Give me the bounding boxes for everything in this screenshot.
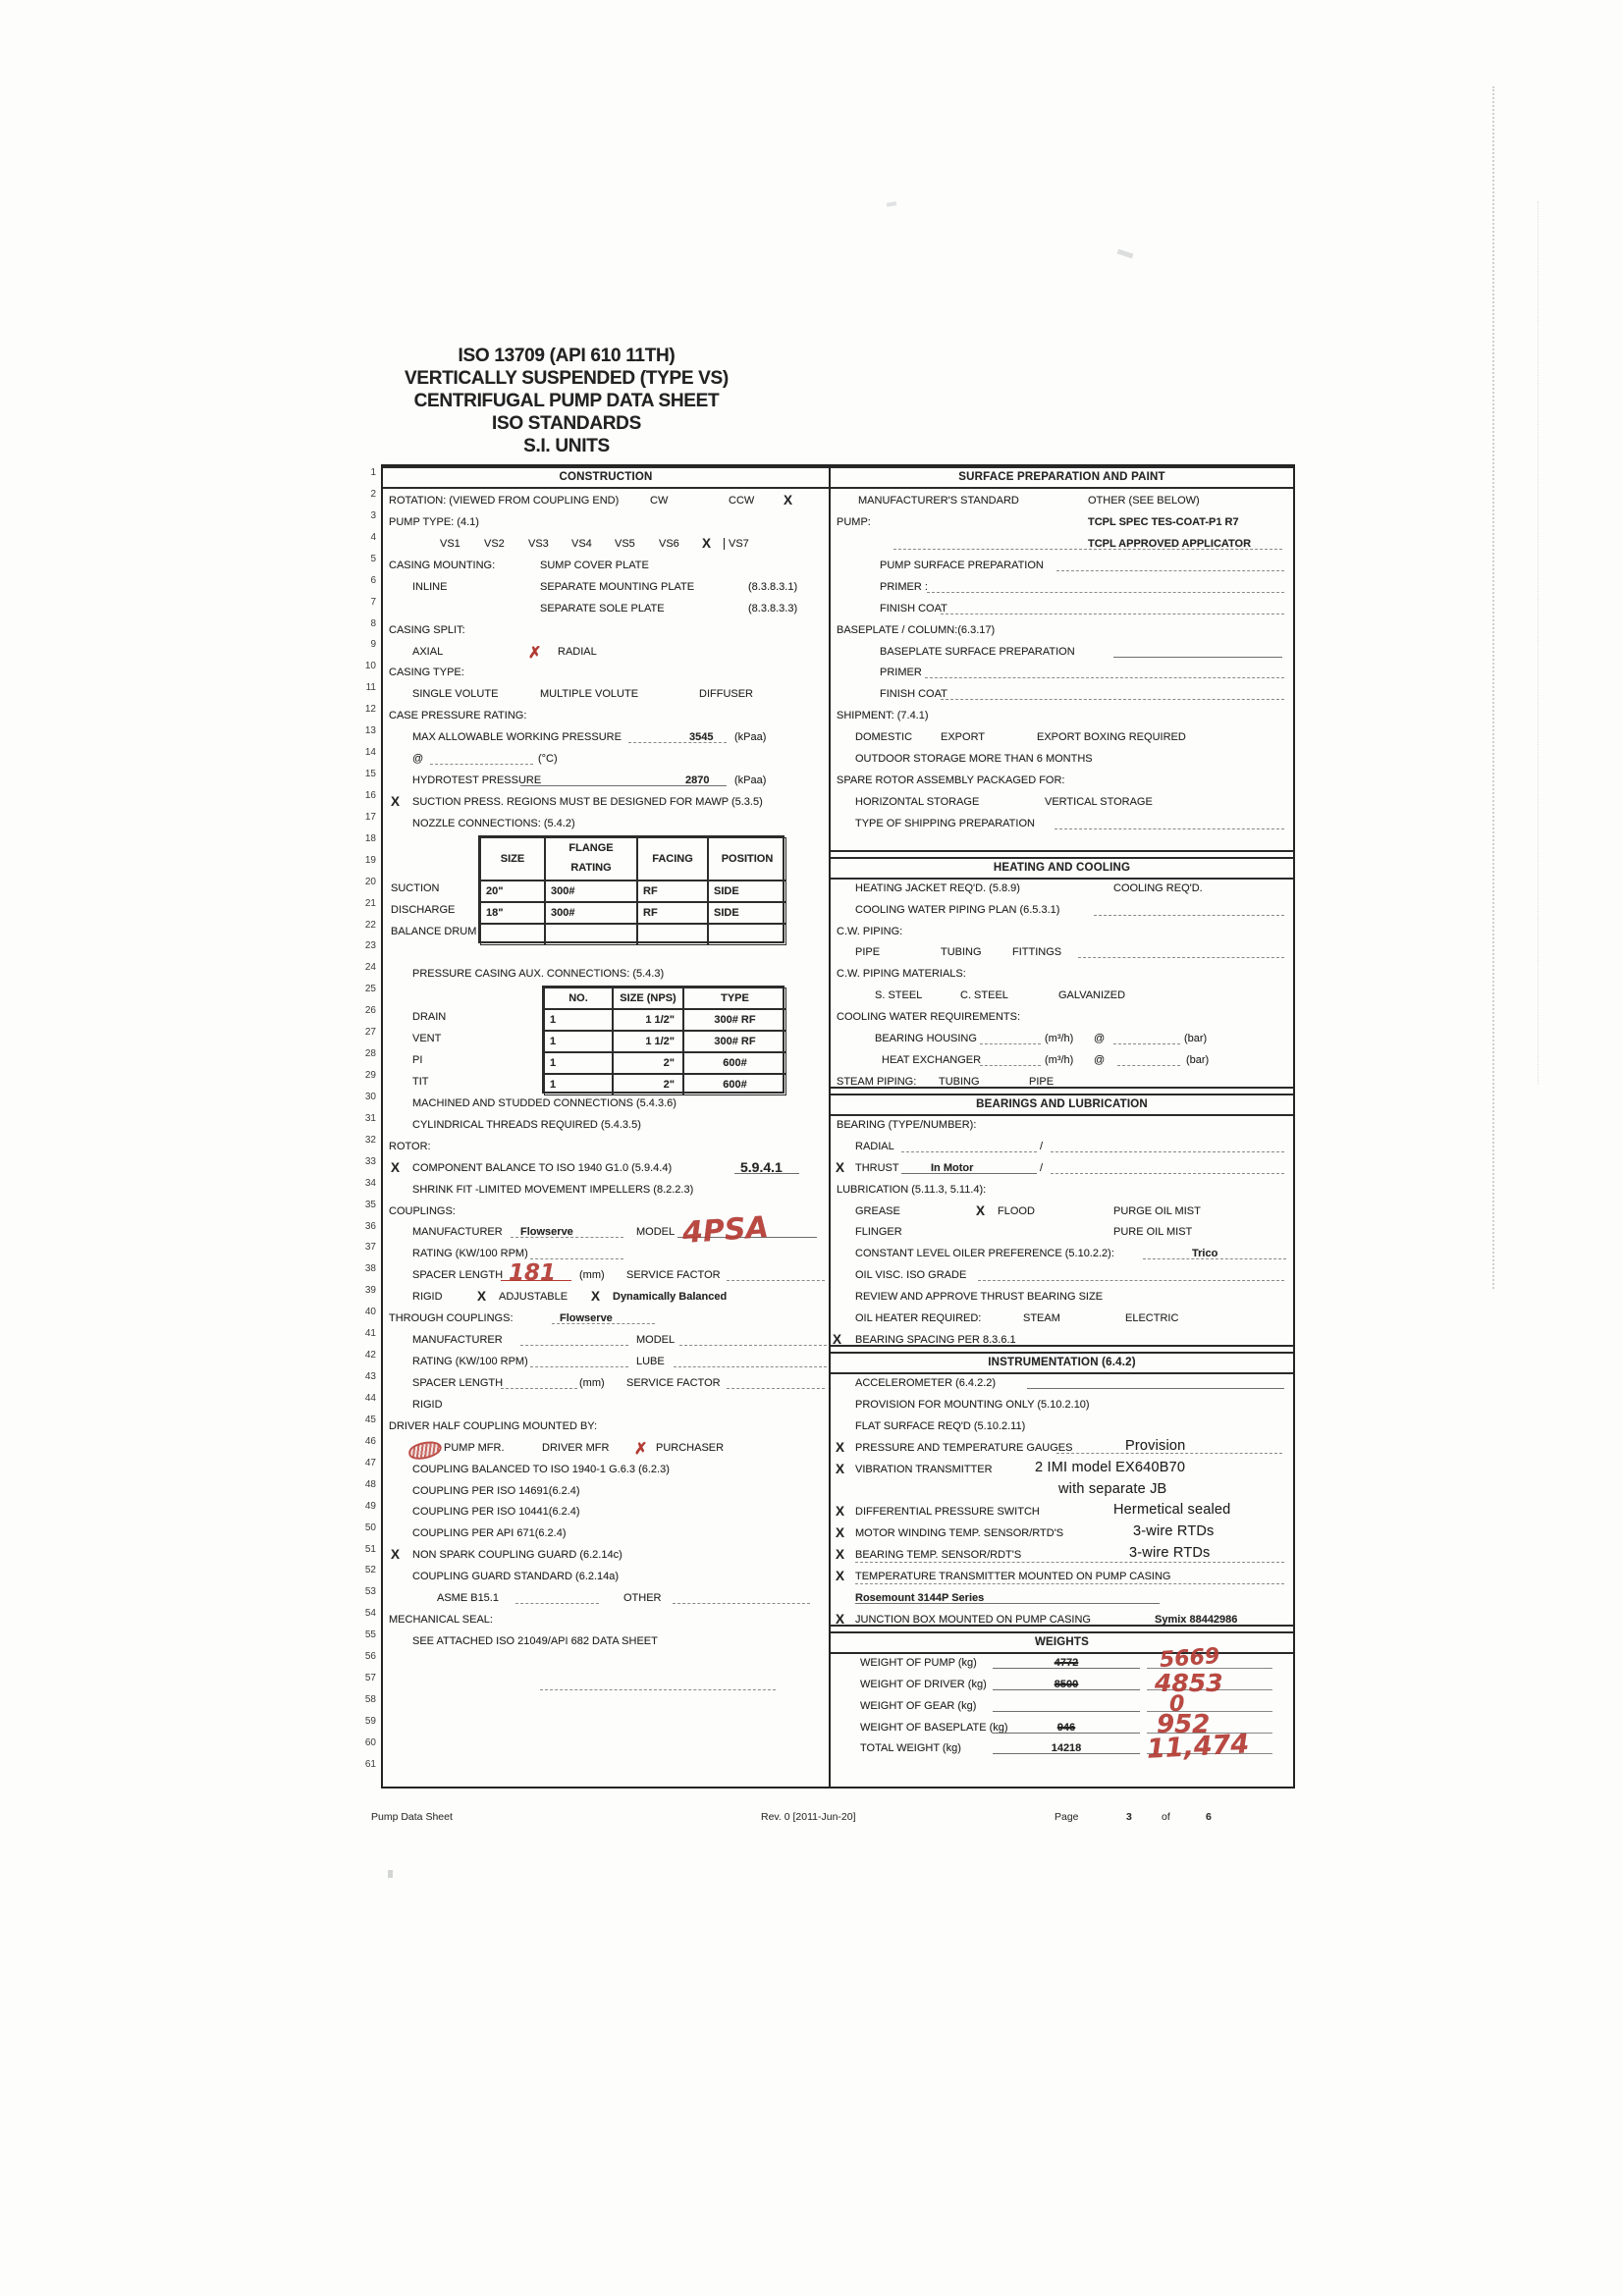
footer-doc-name: Pump Data Sheet	[371, 1811, 453, 1823]
discharge-row: DISCHARGE	[383, 900, 829, 922]
motor-winding-value: 3-wire RTDs	[1133, 1523, 1215, 1539]
balance-drum-row: BALANCE DRUM	[383, 922, 829, 943]
oiler-preference-label: CONSTANT LEVEL OILER PREFERENCE (5.10.2.…	[855, 1248, 1114, 1259]
coupling-manufacturer-value: Flowserve	[520, 1226, 573, 1238]
rotation-row: ROTATION: (VIEWED FROM COUPLING END) CW …	[383, 491, 829, 512]
line-number: 60	[365, 1737, 376, 1748]
storage-options-row: HORIZONTAL STORAGE VERTICAL STORAGE	[831, 792, 1293, 814]
line-number: 9	[370, 639, 376, 650]
scanned-pump-datasheet-page: ISO 13709 (API 610 11TH) VERTICALLY SUSP…	[0, 0, 1623, 2296]
bearing-housing-bar-unit: (bar)	[1184, 1033, 1207, 1044]
purchaser-red-check: ✗	[634, 1439, 647, 1459]
c-steel-option: C. STEEL	[960, 989, 1008, 1001]
aux-type-header: TYPE	[683, 988, 786, 1009]
multiple-volute-option: MULTIPLE VOLUTE	[540, 688, 638, 700]
shrink-fit-row: SHRINK FIT -LIMITED MOVEMENT IMPELLERS (…	[383, 1180, 829, 1201]
radial-slash: /	[1040, 1141, 1043, 1152]
component-balance-row: X COMPONENT BALANCE TO ISO 1940 G1.0 (5.…	[383, 1158, 829, 1180]
rotor-row: ROTOR:	[383, 1137, 829, 1158]
driver-mfr-option: DRIVER MFR	[542, 1442, 609, 1454]
mawp-label: MAX ALLOWABLE WORKING PRESSURE	[412, 731, 622, 743]
flat-surface-row: FLAT SURFACE REQ'D (5.10.2.11)	[831, 1416, 1293, 1438]
line-number: 11	[366, 682, 376, 693]
scan-artifact-line	[1492, 86, 1494, 1289]
steam-heater-option: STEAM	[1023, 1312, 1060, 1324]
line-number: 20	[365, 877, 376, 887]
vertical-storage-option: VERTICAL STORAGE	[1045, 796, 1153, 808]
baseplate-finish-coat-row: FINISH COAT	[831, 684, 1293, 706]
pump-primer-line	[927, 577, 1284, 593]
suction-row: SUCTION	[383, 879, 829, 900]
spacer-length-unit: (mm)	[579, 1269, 605, 1281]
rosemount-line	[855, 1588, 1160, 1604]
other-guard-line	[673, 1588, 810, 1604]
through-model-line	[679, 1330, 827, 1346]
through-manufacturer-row: MANUFACTURER MODEL	[383, 1330, 829, 1352]
line-number: 37	[365, 1242, 376, 1253]
inline-option: INLINE	[412, 581, 447, 593]
separate-jb-row: with separate JB	[831, 1481, 1293, 1503]
hydrotest-row: HYDROTEST PRESSURE 2870 (kPaa)	[383, 771, 829, 792]
scan-artifact-speck	[887, 201, 897, 207]
weight-pump-row: WEIGHT OF PUMP (kg) 4772 5669	[831, 1653, 1293, 1675]
title-line: VERTICALLY SUSPENDED (TYPE VS)	[361, 367, 772, 390]
suction-press-label: SUCTION PRESS. REGIONS MUST BE DESIGNED …	[412, 796, 763, 808]
line-number: 17	[365, 812, 376, 823]
pump-surface-prep-line	[1056, 556, 1284, 571]
mechanical-seal-row: MECHANICAL SEAL:	[383, 1610, 829, 1631]
through-rating-row: RATING (KW/100 RPM) LUBE	[383, 1352, 829, 1373]
line-number: 56	[365, 1651, 376, 1662]
shipment-label: SHIPMENT: (7.4.1)	[837, 710, 929, 721]
diff-pressure-switch-row: X DIFFERENTIAL PRESSURE SWITCH Hermetica…	[831, 1502, 1293, 1523]
weight-gear-line1	[993, 1696, 1140, 1712]
component-balance-value: 5.9.4.1	[740, 1159, 783, 1175]
footer-page-total: 6	[1206, 1811, 1212, 1823]
line-number: 25	[365, 984, 376, 994]
spacer-length-handwritten-value: 181	[509, 1260, 556, 1286]
bearing-housing-unit: (m³/h)	[1045, 1033, 1073, 1044]
bearing-temp-line	[855, 1547, 1284, 1563]
temp-transmitter-line	[855, 1569, 1284, 1584]
export-boxing-option: EXPORT BOXING REQUIRED	[1037, 731, 1186, 743]
pump-finish-coat-line	[941, 599, 1284, 614]
flinger-option: FLINGER	[855, 1226, 902, 1238]
purchaser-option: PURCHASER	[656, 1442, 724, 1454]
s-steel-option: S. STEEL	[875, 989, 922, 1001]
line-number: 42	[365, 1350, 376, 1361]
line-number: 16	[365, 790, 376, 801]
junction-box-row: X JUNCTION BOX MOUNTED ON PUMP CASING Sy…	[831, 1610, 1293, 1631]
baseplate-primer-row: PRIMER	[831, 663, 1293, 684]
line-number: 29	[365, 1070, 376, 1081]
oil-heater-row: OIL HEATER REQUIRED: STEAM ELECTRIC	[831, 1308, 1293, 1330]
separate-mounting-plate-ref: (8.3.8.3.1)	[748, 581, 797, 593]
single-volute-option: SINGLE VOLUTE	[412, 688, 498, 700]
baseplate-surface-prep-label: BASEPLATE SURFACE PREPARATION	[880, 646, 1075, 658]
hydrotest-value: 2870	[685, 774, 709, 786]
line-number: 21	[365, 898, 376, 909]
vibration-label: VIBRATION TRANSMITTER	[855, 1464, 993, 1475]
total-weight-row: TOTAL WEIGHT (kg) 14218 11,474	[831, 1738, 1293, 1760]
weight-driver-label: WEIGHT OF DRIVER (kg)	[860, 1679, 987, 1690]
weight-driver-typed-value: 8500	[993, 1679, 1140, 1690]
baseplate-column-row: BASEPLATE / COLUMN:(6.3.17)	[831, 620, 1293, 642]
cw-piping-row: C.W. PIPING:	[831, 922, 1293, 943]
line-number: 49	[365, 1501, 376, 1512]
bearing-type-row: BEARING (TYPE/NUMBER):	[831, 1115, 1293, 1137]
non-spark-guard-check: X	[391, 1547, 400, 1562]
line-number: 38	[365, 1263, 376, 1274]
tcpl-applicator-line	[893, 534, 1282, 550]
line-number: 59	[365, 1716, 376, 1727]
tcpl-spec-value: TCPL SPEC TES-COAT-P1 R7	[1088, 516, 1239, 528]
diff-pressure-check: X	[836, 1504, 844, 1519]
cooling-water-req-label: COOLING WATER REQUIREMENTS:	[837, 1011, 1020, 1023]
lubrication-label: LUBRICATION (5.11.3, 5.11.4):	[837, 1184, 986, 1196]
coupling-rating-row: RATING (KW/100 RPM)	[383, 1244, 829, 1265]
motor-winding-temp-row: X MOTOR WINDING TEMP. SENSOR/RTD'S 3-wir…	[831, 1523, 1293, 1545]
line-number: 26	[365, 1005, 376, 1016]
rigid-adjustable-row: RIGID X ADJUSTABLE X Dynamically Balance…	[383, 1287, 829, 1308]
flat-surface-label: FLAT SURFACE REQ'D (5.10.2.11)	[855, 1420, 1025, 1432]
lube-label: LUBE	[636, 1356, 665, 1367]
couplings-label: COUPLINGS:	[389, 1205, 456, 1217]
case-pressure-rating-row: CASE PRESSURE RATING:	[383, 706, 829, 727]
gauges-row: X PRESSURE AND TEMPERATURE GAUGES Provis…	[831, 1438, 1293, 1460]
discharge-label: DISCHARGE	[391, 904, 455, 916]
component-balance-check: X	[391, 1160, 400, 1175]
line-number: 55	[365, 1629, 376, 1640]
shipping-prep-row: TYPE OF SHIPPING PREPARATION	[831, 814, 1293, 835]
grease-flood-row: GREASE X FLOOD PURGE OIL MIST	[831, 1201, 1293, 1223]
construction-section-header: CONSTRUCTION	[383, 466, 829, 489]
machined-connections-label: MACHINED AND STUDDED CONNECTIONS (5.4.3.…	[412, 1097, 676, 1109]
aux-connections-label: PRESSURE CASING AUX. CONNECTIONS: (5.4.3…	[412, 968, 664, 980]
line-number: 28	[365, 1048, 376, 1059]
asme-line	[515, 1588, 599, 1604]
vs2-option: VS2	[484, 538, 505, 550]
dynamically-balanced-check: X	[591, 1289, 600, 1304]
through-spacer-row: SPACER LENGTH (mm) SERVICE FACTOR	[383, 1373, 829, 1395]
fittings-line	[1078, 942, 1284, 958]
mawp-value: 3545	[689, 731, 713, 743]
bearing-temp-row: X BEARING TEMP. SENSOR/RDT'S 3-wire RTDs	[831, 1545, 1293, 1567]
outdoor-storage-label: OUTDOOR STORAGE MORE THAN 6 MONTHS	[855, 753, 1093, 765]
oiler-preference-value: Trico	[1192, 1248, 1217, 1259]
motor-winding-check: X	[836, 1525, 844, 1540]
bearing-temp-check: X	[836, 1547, 844, 1562]
heat-exchanger-row: HEAT EXCHANGER (m³/h) @ (bar)	[831, 1050, 1293, 1072]
thrust-check: X	[836, 1160, 844, 1175]
section-rule	[831, 1345, 1293, 1347]
bearing-housing-row: BEARING HOUSING (m³/h) @ (bar)	[831, 1029, 1293, 1050]
line-number: 41	[365, 1328, 376, 1339]
pump-mfr-option: PUMP MFR.	[444, 1442, 505, 1454]
footer-of-label: of	[1162, 1811, 1170, 1823]
casing-split-row: CASING SPLIT:	[383, 620, 829, 642]
case-pressure-rating-label: CASE PRESSURE RATING:	[389, 710, 526, 721]
pump-paint-row: PUMP: TCPL SPEC TES-COAT-P1 R7	[831, 512, 1293, 534]
line-number: 31	[365, 1113, 376, 1124]
temp-blank-line	[430, 749, 533, 765]
coupling-iso10441-row: COUPLING PER ISO 10441(6.2.4)	[383, 1502, 829, 1523]
vs6-option: VS6	[659, 538, 679, 550]
line-number: 36	[365, 1221, 376, 1232]
oiler-preference-row: CONSTANT LEVEL OILER PREFERENCE (5.10.2.…	[831, 1244, 1293, 1265]
suction-press-check: X	[391, 794, 400, 809]
casing-mounting-label: CASING MOUNTING:	[389, 560, 495, 571]
pump-type-row: PUMP TYPE: (4.1)	[383, 512, 829, 534]
section-rule	[831, 850, 1293, 852]
nozzle-position-header: POSITION	[708, 837, 786, 881]
provision-mounting-label: PROVISION FOR MOUNTING ONLY (5.10.2.10)	[855, 1399, 1090, 1411]
vibration-transmitter-row: X VIBRATION TRANSMITTER 2 IMI model EX64…	[831, 1460, 1293, 1481]
line-number: 44	[365, 1393, 376, 1404]
aux-connections-row: PRESSURE CASING AUX. CONNECTIONS: (5.4.3…	[383, 964, 829, 986]
driver-half-coupling-label: DRIVER HALF COUPLING MOUNTED BY:	[389, 1420, 597, 1432]
cooling-water-plan-line	[1094, 900, 1284, 916]
motor-winding-label: MOTOR WINDING TEMP. SENSOR/RTD'S	[855, 1527, 1063, 1539]
thrust-bearing-row: X THRUST In Motor /	[831, 1158, 1293, 1180]
rotation-cw-option: CW	[650, 495, 668, 507]
line-number: 30	[365, 1092, 376, 1102]
dynamically-balanced-label: Dynamically Balanced	[613, 1291, 727, 1303]
gauges-label: PRESSURE AND TEMPERATURE GAUGES	[855, 1442, 1072, 1454]
weight-driver-handwritten-value: 4853	[1155, 1669, 1223, 1697]
thrust-bearing-value: In Motor	[931, 1162, 973, 1174]
through-service-factor-line	[727, 1373, 825, 1389]
weights-section-header: WEIGHTS	[831, 1631, 1293, 1654]
line-number: 19	[365, 855, 376, 866]
cooling-water-req-row: COOLING WATER REQUIREMENTS:	[831, 1007, 1293, 1029]
shipping-prep-line	[1055, 814, 1284, 829]
heat-exchanger-unit: (m³/h)	[1045, 1054, 1073, 1066]
suction-label: SUCTION	[391, 882, 440, 894]
aux-size-header: SIZE (NPS)	[613, 988, 683, 1009]
line-number: 10	[365, 661, 376, 671]
coupling-iso14691-label: COUPLING PER ISO 14691(6.2.4)	[412, 1485, 580, 1497]
temp-transmitter-row: X TEMPERATURE TRANSMITTER MOUNTED ON PUM…	[831, 1567, 1293, 1588]
outdoor-storage-row: OUTDOOR STORAGE MORE THAN 6 MONTHS	[831, 749, 1293, 771]
fittings-option: FITTINGS	[1012, 946, 1061, 958]
pump-paint-label: PUMP:	[837, 516, 871, 528]
footer-page-label: Page	[1055, 1811, 1079, 1823]
bearings-lubrication-section-header: BEARINGS AND LUBRICATION	[831, 1094, 1293, 1116]
coupling-balanced-row: COUPLING BALANCED TO ISO 1940-1 G.6.3 (6…	[383, 1460, 829, 1481]
adjustable-check: X	[477, 1289, 486, 1304]
weight-pump-label: WEIGHT OF PUMP (kg)	[860, 1657, 977, 1669]
tubing-option: TUBING	[941, 946, 982, 958]
radial-bearing-line2	[1051, 1137, 1284, 1152]
line-number: 24	[365, 962, 376, 973]
through-spacer-line	[501, 1373, 577, 1389]
line-number: 47	[365, 1458, 376, 1468]
flood-option: FLOOD	[998, 1205, 1035, 1217]
line-number: 27	[365, 1027, 376, 1038]
vs4-option: VS4	[571, 538, 592, 550]
through-rigid-row: RIGID	[383, 1395, 829, 1416]
oil-heater-label: OIL HEATER REQUIRED:	[855, 1312, 981, 1324]
vent-row: VENT	[383, 1029, 829, 1050]
line-number: 58	[365, 1694, 376, 1705]
bearing-housing-line2	[1113, 1029, 1180, 1044]
line-number: 3	[370, 510, 376, 521]
thrust-bearing-size-row: REVIEW AND APPROVE THRUST BEARING SIZE	[831, 1287, 1293, 1308]
separate-jb-value: with separate JB	[1058, 1481, 1166, 1497]
coupling-api671-row: COUPLING PER API 671(6.2.4)	[383, 1523, 829, 1545]
casing-split-label: CASING SPLIT:	[389, 624, 465, 636]
footer-revision: Rev. 0 [2011-Jun-20]	[761, 1811, 856, 1823]
provision-mounting-row: PROVISION FOR MOUNTING ONLY (5.10.2.10)	[831, 1395, 1293, 1416]
line-number: 5	[370, 554, 376, 564]
line-number-column: 1234567891011121314151617181920212223242…	[355, 464, 379, 1785]
coupling-api671-label: COUPLING PER API 671(6.2.4)	[412, 1527, 567, 1539]
scan-artifact-line	[1538, 201, 1539, 1085]
hydrotest-unit: (kPaa)	[734, 774, 766, 786]
guard-standard-label: COUPLING GUARD STANDARD (6.2.14a)	[412, 1571, 619, 1582]
line-number: 33	[365, 1156, 376, 1167]
service-factor-label: SERVICE FACTOR	[626, 1269, 721, 1281]
accelerometer-line	[1027, 1373, 1284, 1389]
balance-drum-label: BALANCE DRUM	[391, 926, 476, 937]
grease-option: GREASE	[855, 1205, 900, 1217]
through-rigid-label: RIGID	[412, 1399, 443, 1411]
line-number: 40	[365, 1307, 376, 1317]
scan-artifact-speck	[388, 1870, 393, 1878]
spacer-length-label: SPACER LENGTH	[412, 1269, 503, 1281]
pump-type-options-row: VS1 VS2 VS3 VS4 VS5 VS6 X VS7	[383, 534, 829, 556]
pump-surface-prep-row: PUMP SURFACE PREPARATION	[831, 556, 1293, 577]
spacer-length-row: SPACER LENGTH 181 (mm) SERVICE FACTOR	[383, 1265, 829, 1287]
adjustable-option: ADJUSTABLE	[499, 1291, 568, 1303]
baseplate-primer-line	[925, 663, 1284, 678]
non-spark-guard-label: NON SPARK COUPLING GUARD (6.2.14c)	[412, 1549, 622, 1561]
accelerometer-label: ACCELEROMETER (6.4.2.2)	[855, 1377, 996, 1389]
lubrication-row: LUBRICATION (5.11.3, 5.11.4):	[831, 1180, 1293, 1201]
heating-jacket-label: HEATING JACKET REQ'D. (5.8.9)	[855, 882, 1020, 894]
electric-heater-option: ELECTRIC	[1125, 1312, 1178, 1324]
title-line: ISO STANDARDS	[361, 412, 772, 435]
radial-bearing-row: RADIAL /	[831, 1137, 1293, 1158]
accelerometer-row: ACCELEROMETER (6.4.2.2)	[831, 1373, 1293, 1395]
steam-piping-row: STEAM PIPING: TUBING PIPE	[831, 1072, 1293, 1094]
through-manufacturer-line	[520, 1330, 628, 1346]
drain-label: DRAIN	[412, 1011, 446, 1023]
asme-row: ASME B15.1 OTHER	[383, 1588, 829, 1610]
through-couplings-label: THROUGH COUPLINGS:	[389, 1312, 514, 1324]
through-spacer-label: SPACER LENGTH	[412, 1377, 503, 1389]
bearing-type-label: BEARING (TYPE/NUMBER):	[837, 1119, 976, 1131]
line-number: 50	[365, 1522, 376, 1533]
sump-cover-plate-option: SUMP COVER PLATE	[540, 560, 649, 571]
through-manufacturer-label: MANUFACTURER	[412, 1334, 503, 1346]
export-option: EXPORT	[941, 731, 985, 743]
seal-datasheet-row: SEE ATTACHED ISO 21049/API 682 DATA SHEE…	[383, 1631, 829, 1653]
pipe-option: PIPE	[855, 946, 880, 958]
gauges-check: X	[836, 1440, 844, 1455]
oil-visc-label: OIL VISC. ISO GRADE	[855, 1269, 966, 1281]
line-number: 32	[365, 1135, 376, 1146]
temp-transmitter-check: X	[836, 1569, 844, 1583]
pi-row: PI	[383, 1050, 829, 1072]
baseplate-surface-prep-row: BASEPLATE SURFACE PREPARATION	[831, 642, 1293, 664]
through-rating-label: RATING (KW/100 RPM)	[412, 1356, 528, 1367]
line-number: 39	[365, 1285, 376, 1296]
nozzle-connections-row: NOZZLE CONNECTIONS: (5.4.2)	[383, 814, 829, 835]
line-number: 35	[365, 1200, 376, 1210]
guard-standard-row: COUPLING GUARD STANDARD (6.2.14a)	[383, 1567, 829, 1588]
through-couplings-row: THROUGH COUPLINGS: Flowserve	[383, 1308, 829, 1330]
tit-row: TIT	[383, 1072, 829, 1094]
vs6-check: X	[702, 536, 711, 551]
aux-no-header: NO.	[544, 988, 613, 1009]
casing-type-options-row: SINGLE VOLUTE MULTIPLE VOLUTE DIFFUSER	[383, 684, 829, 706]
flange-header-line2: RATING	[570, 862, 611, 874]
line-number: 7	[370, 597, 376, 608]
lube-line	[674, 1352, 827, 1367]
flange-header-line1: FLANGE	[568, 842, 613, 854]
datasheet-form: CONSTRUCTION ROTATION: (VIEWED FROM COUP…	[381, 464, 1295, 1789]
line-number: 14	[365, 747, 376, 758]
diff-pressure-value: Hermetical sealed	[1113, 1502, 1230, 1518]
coupling-balanced-label: COUPLING BALANCED TO ISO 1940-1 G.6.3 (6…	[412, 1464, 670, 1475]
line-number: 13	[365, 725, 376, 736]
through-model-label: MODEL	[636, 1334, 675, 1346]
mfr-standard-row: MANUFACTURER'S STANDARD OTHER (SEE BELOW…	[831, 491, 1293, 512]
baseplate-finish-coat-line	[941, 684, 1284, 700]
surface-prep-section-header: SURFACE PREPARATION AND PAINT	[831, 466, 1293, 489]
cw-materials-label: C.W. PIPING MATERIALS:	[837, 968, 966, 980]
section-rule	[831, 1625, 1293, 1627]
non-spark-guard-row: X NON SPARK COUPLING GUARD (6.2.14c)	[383, 1545, 829, 1567]
red-scribble-mark	[407, 1440, 443, 1462]
radial-option: RADIAL	[558, 646, 597, 658]
thrust-bearing-size-label: REVIEW AND APPROVE THRUST BEARING SIZE	[855, 1291, 1103, 1303]
line-number: 4	[370, 532, 376, 543]
heat-exchanger-label: HEAT EXCHANGER	[882, 1054, 981, 1066]
coupling-manufacturer-label: MANUFACTURER	[412, 1226, 503, 1238]
title-line: CENTRIFUGAL PUMP DATA SHEET	[361, 390, 772, 412]
through-spacer-unit: (mm)	[579, 1377, 605, 1389]
stray-blank-line	[540, 1675, 776, 1690]
stray-line-row	[383, 1675, 829, 1696]
other-see-below-option: OTHER (SEE BELOW)	[1088, 495, 1200, 507]
gauges-value: Provision	[1125, 1438, 1185, 1454]
flinger-row: FLINGER PURE OIL MIST	[831, 1222, 1293, 1244]
separate-mounting-plate-option: SEPARATE MOUNTING PLATE	[540, 581, 694, 593]
separate-sole-plate-option: SEPARATE SOLE PLATE	[540, 603, 665, 614]
heating-jacket-row: HEATING JACKET REQ'D. (5.8.9) COOLING RE…	[831, 879, 1293, 900]
shipment-row: SHIPMENT: (7.4.1)	[831, 706, 1293, 727]
line-number: 61	[365, 1759, 376, 1770]
nozzle-size-header: SIZE	[480, 837, 545, 881]
tit-label: TIT	[412, 1076, 429, 1088]
through-couplings-value: Flowserve	[560, 1312, 613, 1324]
mechanical-seal-label: MECHANICAL SEAL:	[389, 1614, 493, 1626]
bearing-housing-line1	[980, 1029, 1041, 1044]
line-number: 1	[370, 467, 376, 478]
nozzle-facing-header: FACING	[637, 837, 708, 881]
line-number: 48	[365, 1479, 376, 1490]
coupling-manufacturer-row: MANUFACTURER Flowserve MODEL 4PSA	[383, 1222, 829, 1244]
pump-primer-row: PRIMER :	[831, 577, 1293, 599]
total-weight-typed-value: 14218	[993, 1742, 1140, 1754]
title-line: S.I. UNITS	[361, 435, 772, 457]
rotation-ccw-check: X	[784, 493, 792, 507]
line-number: 57	[365, 1673, 376, 1683]
thrust-slash: /	[1040, 1162, 1043, 1174]
